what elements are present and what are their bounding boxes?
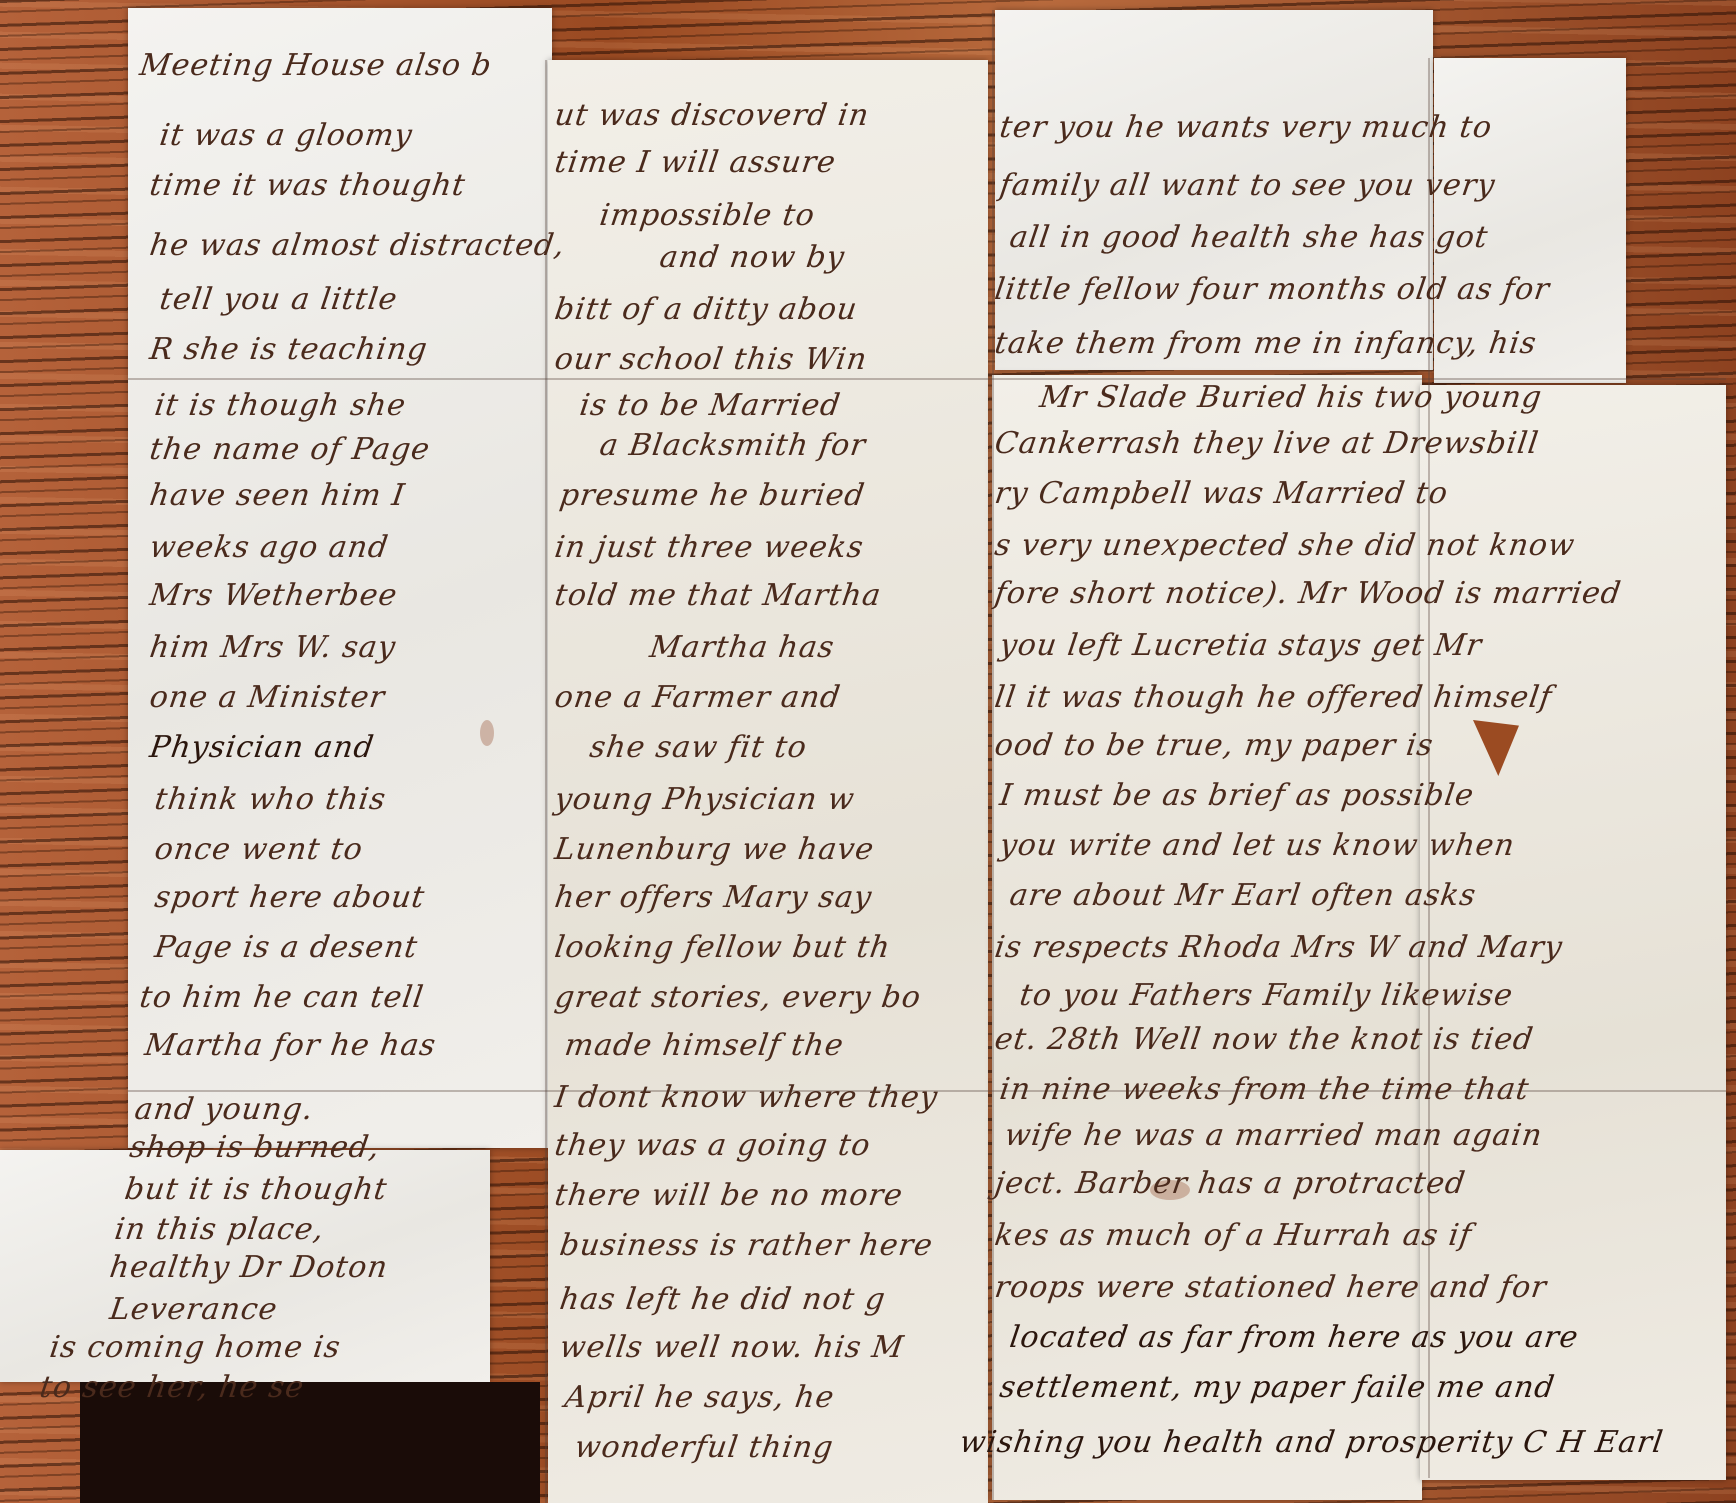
middle-line: has left he did not g (558, 1282, 888, 1317)
left-line: healthy Dr Doton (108, 1250, 391, 1285)
left-line: R she is teaching (148, 332, 431, 367)
right-line: Cankerrash they live at Drewsbill (993, 426, 1542, 461)
left-line: Page is a desent (153, 930, 421, 965)
middle-line: our school this Win (553, 342, 870, 377)
middle-line: April he says, he (563, 1380, 837, 1415)
right-line: ood to be true, my paper is (993, 728, 1436, 763)
middle-line: is to be Married (578, 388, 843, 423)
signature-line: wishing you health and prosperity C H Ea… (958, 1425, 1666, 1460)
left-line: have seen him I (148, 478, 408, 513)
right-line: to you Fathers Family likewise (1018, 978, 1516, 1013)
left-line: it is though she (153, 388, 409, 423)
right-line: located as far from here as you are (1008, 1320, 1581, 1355)
right-line: I must be as brief as possible (998, 778, 1477, 813)
right-line: ter you he wants very much to (998, 110, 1495, 145)
right-line: Mr Slade Buried his two young (1038, 380, 1545, 415)
left-line: shop is burned, (128, 1130, 383, 1165)
left-line: him Mrs W. say (148, 630, 399, 665)
middle-line: one a Farmer and (553, 680, 844, 715)
right-line: fore short notice). Mr Wood is married (993, 576, 1624, 611)
middle-line: time I will assure (553, 145, 839, 180)
right-line: ject. Barber has a protracted (993, 1166, 1468, 1201)
left-line: but it is thought (123, 1172, 390, 1207)
left-line: to see her, he se (38, 1370, 307, 1405)
middle-line: young Physician w (553, 782, 858, 817)
left-line: sport here about (153, 880, 428, 915)
middle-line: told me that Martha (553, 578, 884, 613)
middle-line: there will be no more (553, 1178, 906, 1213)
left-line: Leverance (108, 1292, 280, 1327)
middle-line: wonderful thing (573, 1430, 836, 1465)
left-line: he was almost distracted, (148, 228, 568, 263)
middle-line: bitt of a ditty abou (553, 292, 860, 327)
middle-line: her offers Mary say (553, 880, 875, 915)
middle-line: ut was discoverd in (553, 98, 872, 133)
left-line: it was a gloomy (158, 118, 415, 153)
right-line: little fellow four months old as for (993, 272, 1553, 307)
middle-line: I dont know where they (553, 1080, 941, 1115)
right-line: roops were stationed here and for (993, 1270, 1550, 1305)
right-line: family all want to see you very (998, 168, 1498, 203)
right-line: wife he was a married man again (1003, 1118, 1545, 1153)
left-line: tell you a little (158, 282, 400, 317)
right-line: ll it was though he offered himself (993, 680, 1555, 715)
right-line: settlement, my paper faile me and (998, 1370, 1558, 1405)
left-line: Physician and (148, 730, 377, 765)
middle-line: and now by (658, 240, 848, 275)
left-line: time it was thought (148, 168, 468, 203)
middle-line: she saw fit to (588, 730, 810, 765)
middle-line: wells well now. his M (558, 1330, 907, 1365)
right-line: ry Campbell was Married to (993, 476, 1451, 511)
right-line: et. 28th Well now the knot is tied (993, 1022, 1536, 1057)
middle-line: a Blacksmith for (598, 428, 869, 463)
middle-line: in just three weeks (553, 530, 867, 565)
fold-line (545, 60, 547, 1503)
left-line: to him he can tell (138, 980, 427, 1015)
left-line: once went to (153, 832, 366, 867)
left-line: and young. (133, 1092, 316, 1127)
left-line: Mrs Wetherbee (148, 578, 400, 613)
left-line: is coming home is (48, 1330, 344, 1365)
left-line: in this place, (113, 1212, 327, 1247)
right-line: is respects Rhoda Mrs W and Mary (993, 930, 1565, 965)
left-line: Meeting House also b (138, 48, 495, 83)
middle-line: Lunenburg we have (553, 832, 877, 867)
middle-line: presume he buried (558, 478, 868, 513)
right-line: are about Mr Earl often asks (1008, 878, 1479, 913)
left-line: one a Minister (148, 680, 388, 715)
left-line: weeks ago and (148, 530, 391, 565)
middle-line: impossible to (598, 198, 818, 233)
right-line: take them from me in infancy, his (993, 326, 1540, 361)
fold-line (1428, 58, 1430, 1478)
right-line: all in good health she has got (1008, 220, 1491, 255)
middle-line: business is rather here (558, 1228, 936, 1263)
middle-line: made himself the (563, 1028, 847, 1063)
right-line: kes as much of a Hurrah as if (993, 1218, 1475, 1253)
left-line: Martha for he has (143, 1028, 439, 1063)
left-line: the name of Page (148, 432, 433, 467)
middle-line: great stories, every bo (553, 980, 924, 1015)
right-line: s very unexpected she did not know (993, 528, 1578, 563)
right-line: in nine weeks from the time that (998, 1072, 1532, 1107)
middle-line: looking fellow but th (553, 930, 893, 965)
middle-line: they was a going to (553, 1128, 873, 1163)
right-line: you left Lucretia stays get Mr (998, 628, 1485, 663)
middle-line: Martha has (648, 630, 837, 665)
right-line: you write and let us know when (998, 828, 1518, 863)
left-line: think who this (153, 782, 389, 817)
ink-stain (480, 720, 494, 746)
